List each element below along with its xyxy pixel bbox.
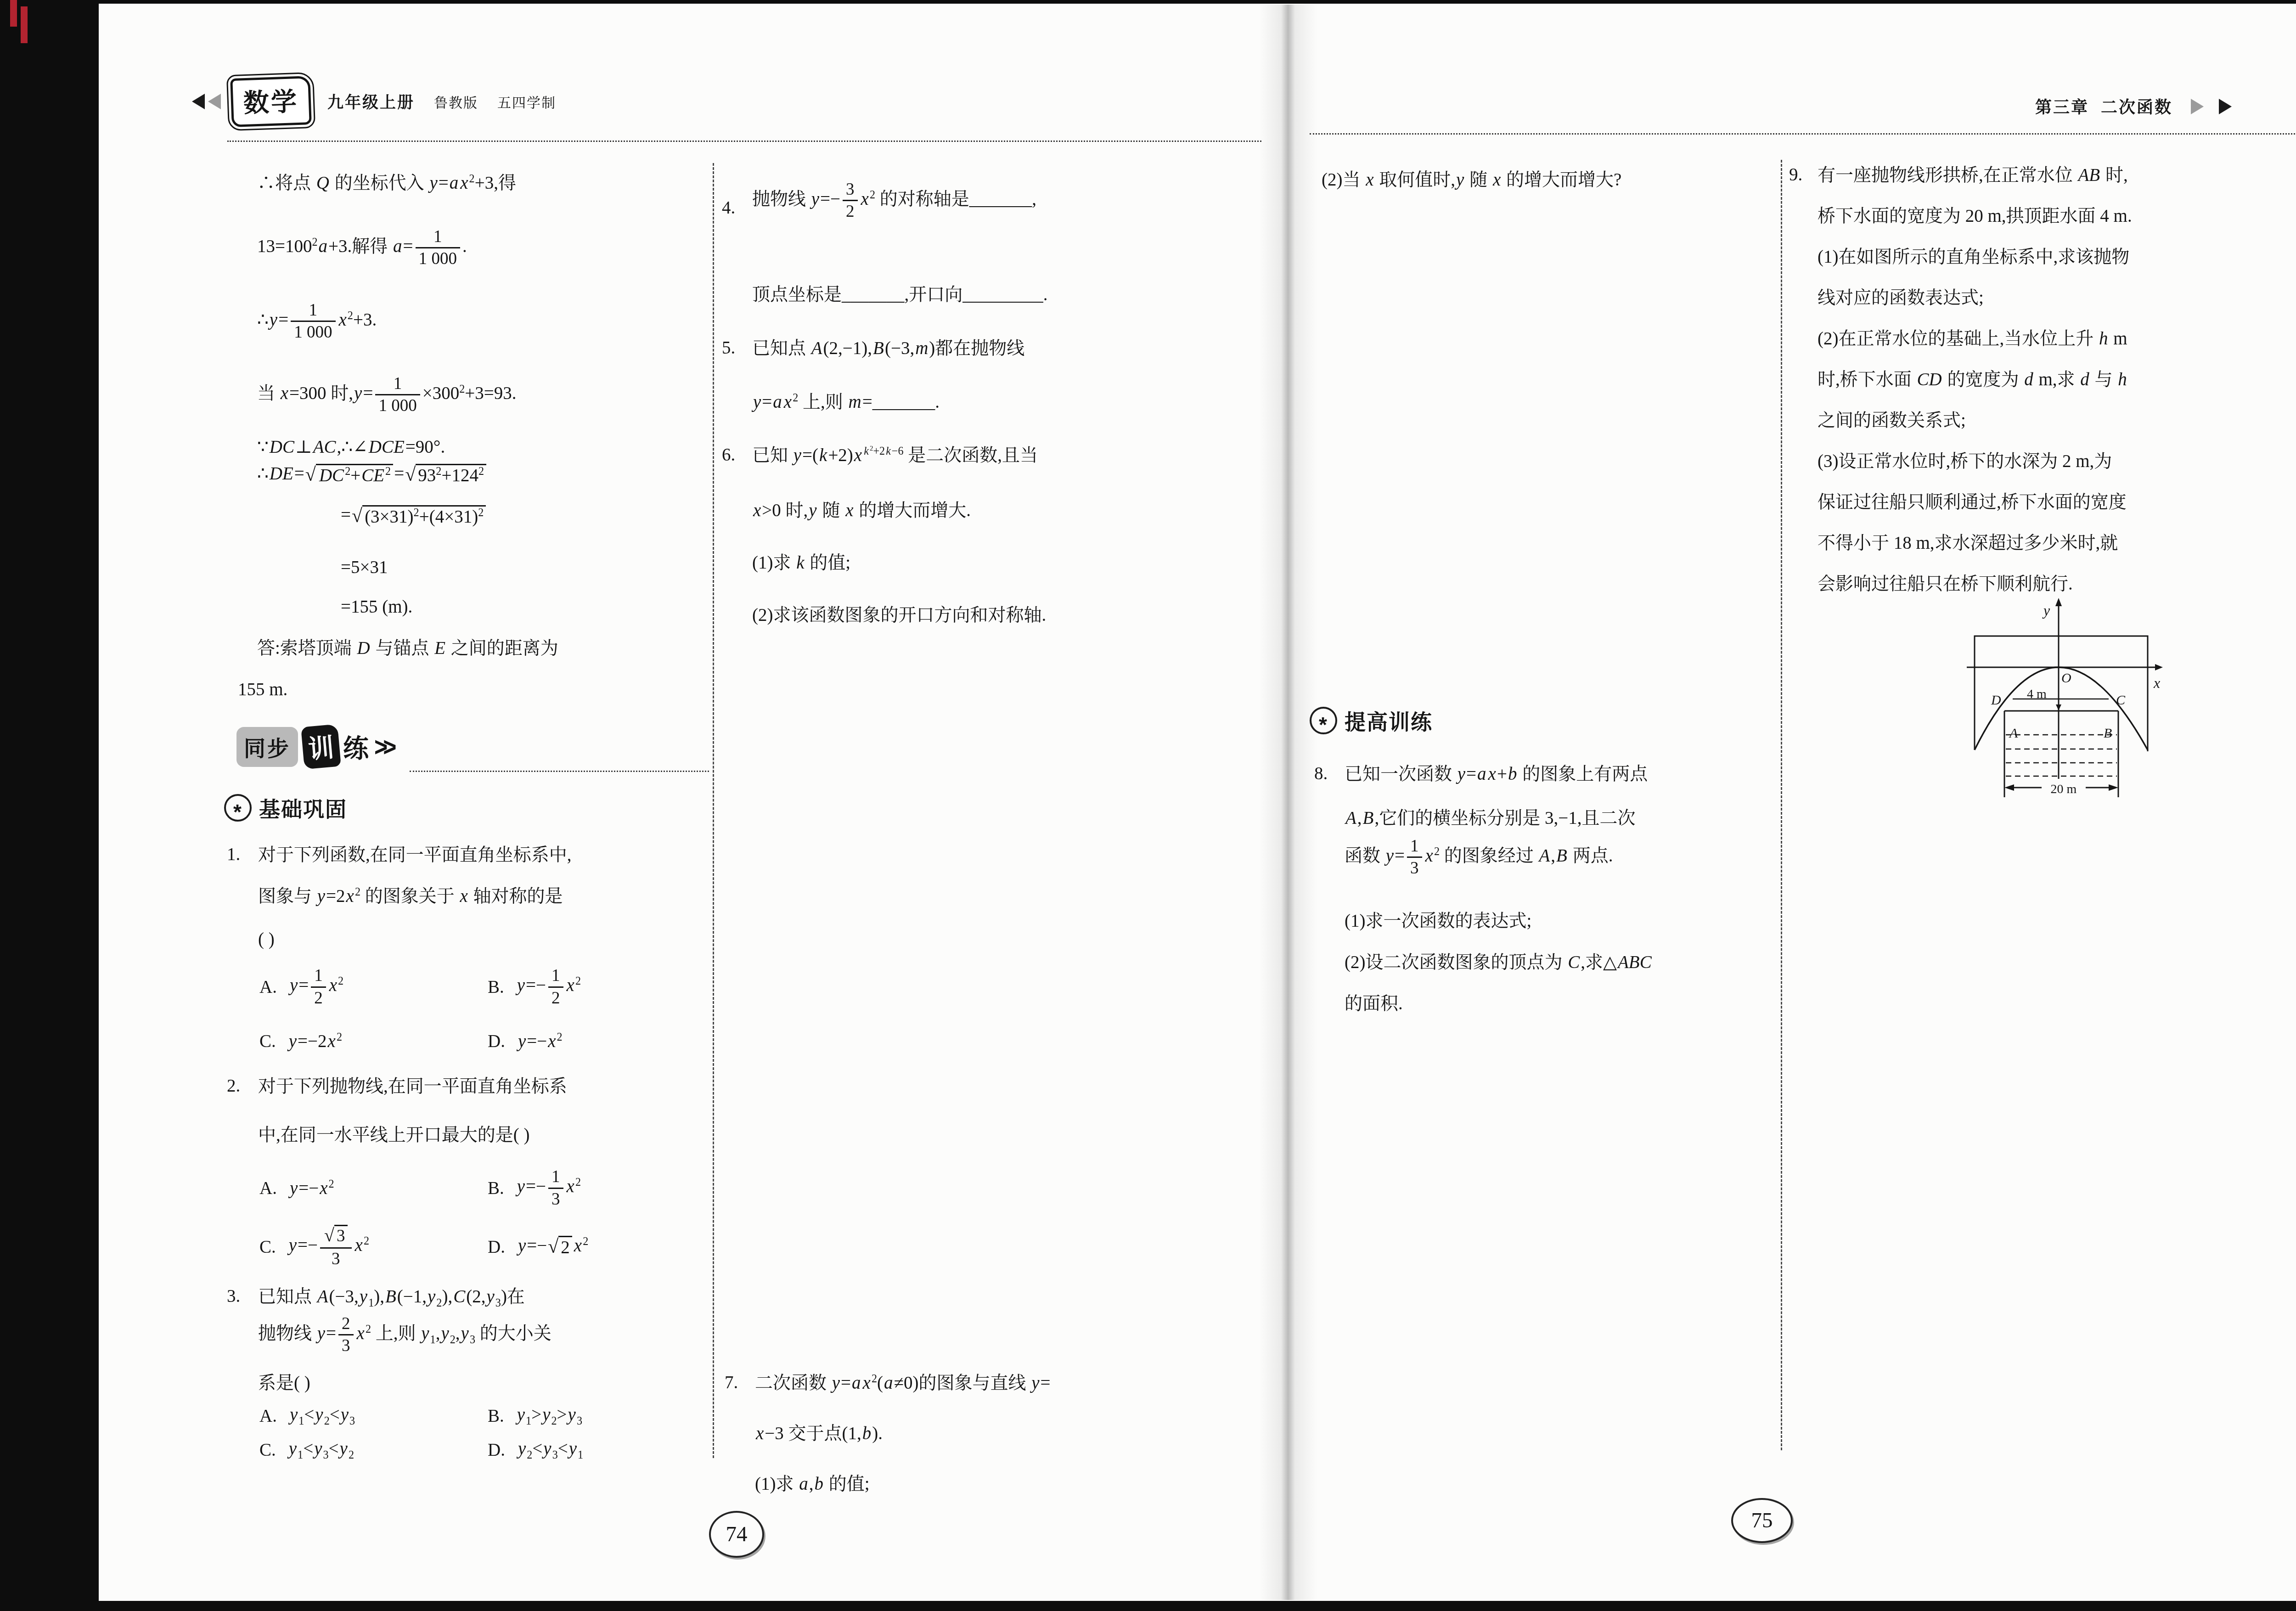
axis-label-y: y bbox=[2042, 602, 2050, 619]
problem-line: A,B,它们的横坐标分别是 3,−1,且二次 bbox=[1345, 807, 1635, 830]
school-system-label: 五四学制 bbox=[497, 91, 556, 112]
badge-lian: 练 bbox=[343, 728, 369, 765]
point-label-b: B bbox=[2104, 726, 2112, 741]
badge-xun: 训 bbox=[301, 724, 341, 770]
problem-number: 9. bbox=[1789, 164, 1802, 185]
scanned-workbook-spread: { "header_left": { "logo": "数学", "grade"… bbox=[0, 0, 2296, 1611]
problem-line: 桥下水面的宽度为 20 m,拱顶距水面 4 m. bbox=[1818, 205, 2132, 228]
problem-number: 1. bbox=[227, 844, 240, 865]
problem-line: y=ax2 上,则 m=_______. bbox=[752, 391, 940, 414]
problem-line: 时,桥下水面 CD 的宽度为 d m,求 d 与 h bbox=[1818, 369, 2128, 391]
choice: C.y=−√33x2 bbox=[259, 1220, 369, 1274]
grade-label: 九年级上册 bbox=[327, 90, 415, 113]
problem-line: 函数 y=13x2 的图象经过 A,B 两点. bbox=[1345, 837, 1613, 878]
right-header-rule bbox=[1310, 133, 2296, 135]
solution-line: =√(3×31)2+(4×31)2 bbox=[341, 504, 487, 528]
problem-line: 已知一次函数 y=ax+b 的图象上有两点 bbox=[1345, 763, 1648, 786]
edition-label: 鲁教版 bbox=[434, 91, 478, 112]
problem-line: 系是( ) bbox=[258, 1372, 310, 1395]
solution-line: ∵DC⊥AC,∴∠DCE=90°. bbox=[257, 436, 445, 459]
solution-line: ∴DE=√DC2+CE2=√932+1242 bbox=[257, 463, 487, 486]
problem-number: 8. bbox=[1314, 763, 1328, 784]
right-page-header: 第三章 二次函数 bbox=[2035, 95, 2232, 118]
problem-line: (1)在如图所示的直角坐标系中,求该抛物 bbox=[1818, 246, 2129, 269]
left-arrowhead bbox=[2004, 784, 2014, 791]
red-registration-mark-icon bbox=[21, 6, 28, 43]
choice: D.y=−√2x2 bbox=[488, 1220, 588, 1274]
solution-line: 当 x=300 时,y=11 000×3002+3=93. bbox=[257, 374, 517, 416]
problem-line: (3)设正常水位时,桥下的水深为 2 m,为 bbox=[1818, 451, 2112, 473]
solution-line: 13=1002a+3.解得 a=11 000. bbox=[257, 227, 467, 269]
solution-line: ∴将点 Q 的坐标代入 y=ax2+3,得 bbox=[257, 172, 516, 195]
problem-number: 3. bbox=[227, 1286, 240, 1307]
problem-number: 2. bbox=[227, 1076, 240, 1096]
problem-line: 有一座抛物线形拱桥,在正常水位 AB 时, bbox=[1818, 164, 2128, 187]
solution-line: =155 (m). bbox=[341, 596, 412, 619]
problem-line: 已知 y=(k+2)xk2+2k−6 是二次函数,且当 bbox=[752, 445, 1038, 467]
x-axis-arrowhead bbox=[2155, 664, 2163, 670]
problem-line: 之间的函数关系式; bbox=[1818, 410, 1966, 432]
point-label-a: A bbox=[2009, 726, 2018, 741]
choice: C.y=−2x2 bbox=[259, 1031, 342, 1052]
book-spine-shadow bbox=[1259, 5, 1317, 1600]
problem-line: 对于下列函数,在同一平面直角坐标系中, bbox=[258, 844, 572, 867]
choice: A.y=12x2 bbox=[259, 960, 343, 1014]
y-axis-arrowhead bbox=[2055, 598, 2062, 606]
problem-line: 图象与 y=2x2 的图象关于 x 轴对称的是 bbox=[258, 885, 563, 908]
choice: C.y1<y3<y2 bbox=[259, 1438, 354, 1462]
chapter-label: 第三章 bbox=[2035, 95, 2089, 118]
solution-line: =5×31 bbox=[341, 557, 388, 579]
right-arrowhead bbox=[2109, 784, 2118, 791]
sync-practice-badge: 同步 训 练 >> bbox=[236, 726, 392, 768]
left-page-column-divider bbox=[713, 163, 714, 1458]
problem-line: 中,在同一水平线上开口最大的是( ) bbox=[258, 1124, 529, 1147]
problem-subline: (2)设二次函数图象的顶点为 C,求△ABC bbox=[1345, 952, 1653, 974]
section-icon: * bbox=[224, 794, 252, 822]
double-chevron-icon: >> bbox=[374, 732, 392, 762]
section-advanced: * 提高训练 bbox=[1310, 705, 1433, 736]
problem-line: 抛物线 y=23x2 上,则 y1,y2,y3 的大小关 bbox=[258, 1314, 551, 1356]
problem-subline: (1)求 a,b 的值; bbox=[755, 1473, 870, 1496]
section-icon: * bbox=[1310, 707, 1337, 734]
chapter-title: 二次函数 bbox=[2101, 95, 2172, 118]
problem-line: x−3 交于点(1,b). bbox=[755, 1423, 883, 1445]
problem-line: 已知点 A(−3,y1),B(−1,y2),C(2,y3)在 bbox=[258, 1286, 525, 1310]
choice: B.y=−13x2 bbox=[488, 1161, 581, 1215]
choice: D.y2<y3<y1 bbox=[488, 1438, 583, 1462]
point-label-d: D bbox=[1991, 693, 2001, 708]
badge-tongbu: 同步 bbox=[236, 727, 298, 767]
red-registration-mark-icon bbox=[10, 0, 17, 27]
problem-line: 对于下列抛物线,在同一平面直角坐标系 bbox=[258, 1076, 567, 1098]
problem-line: ( ) bbox=[258, 929, 275, 951]
choice: A.y1<y2<y3 bbox=[259, 1404, 355, 1428]
axis-label-x: x bbox=[2153, 675, 2160, 691]
chevron-right-icon bbox=[2219, 99, 2232, 114]
problem-line: 顶点坐标是_______,开口向_________. bbox=[752, 284, 1048, 306]
problem-number: 7. bbox=[725, 1372, 738, 1393]
solution-line: ∴y=11 000x2+3. bbox=[257, 301, 377, 342]
point-label-c: C bbox=[2116, 693, 2126, 708]
page-number-badge: 75 bbox=[1731, 1498, 1793, 1543]
solution-line: 答:索塔顶端 D 与锚点 E 之间的距离为 bbox=[257, 637, 558, 660]
width-dimension: 20 m bbox=[2051, 782, 2077, 796]
choice: A.y=−x2 bbox=[259, 1161, 334, 1215]
problem-line: 抛物线 y=−32x2 的对称轴是_______, bbox=[752, 180, 1036, 221]
badge-dotted-rule bbox=[410, 771, 709, 772]
problem-subline: (1)求 k 的值; bbox=[752, 552, 850, 575]
problem-line: (2)在正常水位的基础上,当水位上升 h m bbox=[1818, 328, 2127, 350]
right-page-column-divider bbox=[1781, 160, 1782, 1450]
chevron-left-icon bbox=[192, 94, 205, 109]
problem-number: 4. bbox=[722, 197, 735, 218]
page-number-badge: 74 bbox=[709, 1511, 764, 1558]
solution-line: 155 m. bbox=[238, 679, 287, 701]
choice: D.y=−x2 bbox=[488, 1031, 563, 1052]
problem-number: 5. bbox=[722, 338, 735, 358]
section-basic: * 基础巩固 bbox=[224, 793, 347, 823]
problem-line: 不得小于 18 m,求水深超过多少米时,就 bbox=[1818, 532, 2118, 555]
water-hatching bbox=[2006, 735, 2117, 776]
problem-line: 线对应的函数表达式; bbox=[1818, 287, 1984, 310]
origin-label: O bbox=[2061, 670, 2071, 686]
choice: B.y1>y2>y3 bbox=[488, 1404, 582, 1428]
problem-subline: (2)求该函数图象的开口方向和对称轴. bbox=[752, 604, 1046, 627]
problem-number: 6. bbox=[722, 445, 735, 465]
left-page-header: 数学 九年级上册 鲁教版 五四学制 bbox=[192, 77, 556, 126]
section-advanced-label: 提高训练 bbox=[1345, 705, 1433, 736]
problem-line: 已知点 A(2,−1),B(−3,m)都在抛物线 bbox=[752, 338, 1024, 360]
problem-subline: 的面积. bbox=[1345, 993, 1403, 1015]
chevron-left-ghost-icon bbox=[208, 94, 221, 109]
problem-part-line: (2)当 x 取何值时,y 随 x 的增大而增大? bbox=[1322, 169, 1621, 192]
problem-line: 二次函数 y=ax2(a≠0)的图象与直线 y= bbox=[755, 1372, 1050, 1395]
problem-line: 会影响过往船只在桥下顺利航行. bbox=[1818, 573, 2073, 596]
chevron-right-ghost-icon bbox=[2191, 99, 2204, 114]
left-header-rule bbox=[227, 141, 1261, 142]
problem-subline: (1)求一次函数的表达式; bbox=[1345, 910, 1531, 933]
subject-logo: 数学 bbox=[230, 76, 312, 127]
height-dimension: 4 m bbox=[2027, 687, 2047, 701]
measure-arrowhead bbox=[2056, 704, 2061, 710]
bridge-figure: y x O D C A B 4 m 20 m bbox=[1965, 597, 2287, 854]
choice: B.y=−12x2 bbox=[488, 960, 581, 1014]
problem-line: 保证过往船只顺利通过,桥下水面的宽度 bbox=[1818, 491, 2127, 514]
section-basic-label: 基础巩固 bbox=[259, 793, 347, 823]
problem-line: x>0 时,y 随 x 的增大而增大. bbox=[752, 500, 971, 522]
